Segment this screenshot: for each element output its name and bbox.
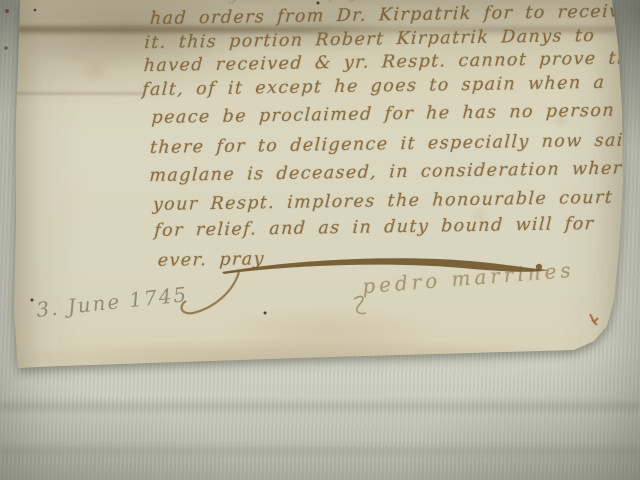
vignette-overlay xyxy=(0,0,640,480)
photo-stage: your … of y had orders from Dr. Kirpatri… xyxy=(0,0,640,480)
